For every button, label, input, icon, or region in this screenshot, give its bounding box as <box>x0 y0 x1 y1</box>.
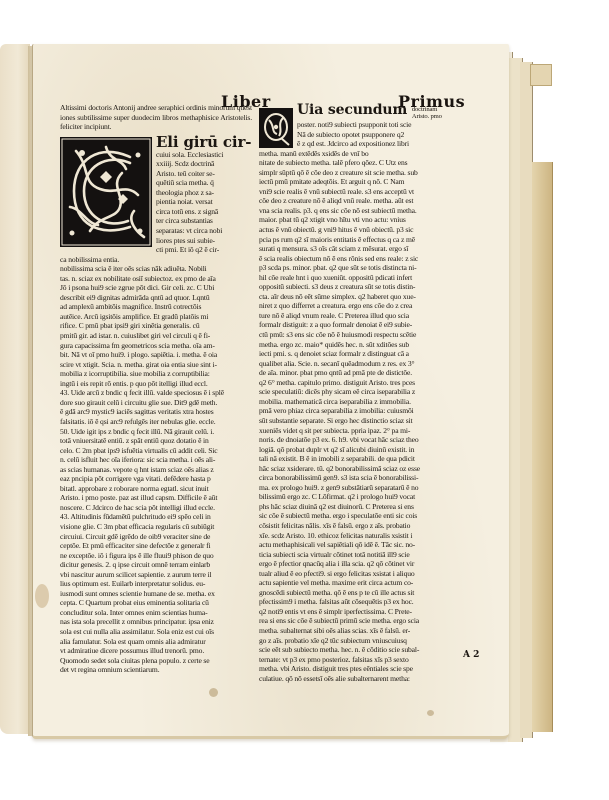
text-line: alia famulatur. Sola est quam omnis alia… <box>60 637 252 647</box>
text-line: vna scia realis. p3. q ens sic cōe nō es… <box>259 206 465 216</box>
text-line: scire vt xtigit. Scia. n. metha. girat o… <box>60 360 252 370</box>
text-line: totā vniuersitatē entiū. z spāt entiū qu… <box>60 436 252 446</box>
text-line: separatas: vt circa nobi <box>156 226 252 236</box>
text-line: xīe. scdz Aristo. 10. ethicoz felicitas … <box>259 531 465 541</box>
text-line: ne exceptōe. iō i figura ips ē ille fluu… <box>60 551 252 561</box>
text-line: niret z quo differret a creatura. ergo e… <box>259 301 465 311</box>
incipit-right: Uia secundum <box>297 102 407 118</box>
text-line: celo. C 2m pbat ips9 isfuētia virtualis … <box>60 446 252 456</box>
text-line: cuiui sola. Ecclesiastici <box>156 150 252 160</box>
text-line: 50. Uide igit ips z bndic q fecit illū. … <box>60 427 252 437</box>
text-line: sola est cui nulla alia assimilatur. Sol… <box>60 627 252 637</box>
text-line: ē z qd est. Jdcirco ad expositionez libr… <box>297 139 465 149</box>
text-line: metha. vbi Aristo. distiguit tres ptes e… <box>259 664 465 674</box>
text-line: ē gdā arc9 mystic9 iaciēs sagittas verit… <box>60 407 252 417</box>
text-line: cōe deo z creature nō ē aliqd vnū reale.… <box>259 196 465 206</box>
text-line: poster. noti9 subiecti psupponit toti sc… <box>297 120 465 130</box>
text-line: xueniēs videt q sit per subiecta. ppria … <box>259 426 465 436</box>
text-line: Nā de subiecto opotet psupponere q2 <box>297 130 465 140</box>
text-line: metha. manū extēdēs xsidēs de vnī bo <box>259 149 465 159</box>
left-body: nobilissima scia ē iter oēs scias nāk ad… <box>60 264 252 675</box>
text-line: circa totū ens. z signā <box>156 207 252 217</box>
text-line: oppositū subiecti. s3 deus z creatura sū… <box>259 282 465 292</box>
text-line: ma. ex prologo hui9. z gen9 substātiarū … <box>259 483 465 493</box>
text-line: circuiui. Circuit gdē igrēdo de oib9 ver… <box>60 532 252 542</box>
text-line: theologia phoz z sa- <box>156 188 252 198</box>
text-line: actu methaphisicali vel sapiētiali qō id… <box>259 540 465 550</box>
text-line: circa bonorabilissimū gen9. s3 ista scia… <box>259 473 465 483</box>
text-line: Jō i psona hui9 scie zgrue pōt dici. Gir… <box>60 283 252 293</box>
floral-initial-icon <box>60 137 152 247</box>
text-line: pmitū gir. ad istar. n. cuiuslibet giri … <box>60 331 252 341</box>
text-line: n. celū isfluit hec oīa iferiora: sic sc… <box>60 455 252 465</box>
text-line: vbi nascitur aurum scilicet sapientie. z… <box>60 570 252 580</box>
text-line: tali nā existit. B ē in imobili z separa… <box>259 454 465 464</box>
text-line: simplr sūptū qō ē cōe deo z creature sit… <box>259 168 465 178</box>
text-line: actu sapientie vel metha. maxime erit ci… <box>259 578 465 588</box>
text-line: quētiū scia metha. q̄ <box>156 178 252 188</box>
text-line: liores ptes sui subie- <box>156 236 252 246</box>
text-line: ē scia realis obiectum nō ē ens rōnis se… <box>259 254 465 264</box>
text-line: pmā vero phiaz circa separabilia z imobi… <box>259 406 465 416</box>
text-line: logiā. qō probat duplr vt q2 sī alicubi … <box>259 445 465 455</box>
text-line: sūt substantie separate. Si ergo hec dis… <box>259 416 465 426</box>
text-line: ca nobilissima entia. <box>60 255 252 265</box>
text-line: iecti pmi. s. q denoiet sciaz formalr z … <box>259 349 465 359</box>
text-line: Aristo. i pmo poste. paz ast illud capsm… <box>60 493 252 503</box>
text-line: doctrinam <box>412 106 442 113</box>
text-line: cti pmi. Et iō q2 ē cir- <box>156 245 252 255</box>
text-line: rea si ens sic cōe ē subiectū primū scie… <box>259 616 465 626</box>
text-line: ctū pmū: s3 ens sic cōe nō ē huiusmodi r… <box>259 330 465 340</box>
text-line: cepta. C Quartum probat eius eminentia s… <box>60 598 252 608</box>
text-line: ceptōe. Et pmū efficaciter sine defectōe… <box>60 541 252 551</box>
text-line: noris. de dnoiatōe p3 ex. 6. h9. vbi voc… <box>259 435 465 445</box>
text-line: ingtū i eis repit rō entis. p quo pōt it… <box>60 379 252 389</box>
text-line: pcia ps rum q2 sī maioris entitatis ē ef… <box>259 235 465 245</box>
text-line: rifice. C pmū pbat ipsi9 giri xinētia ge… <box>60 321 252 331</box>
text-line: formalr distiguit: z a quo formalr denoi… <box>259 320 465 330</box>
text-line: noscere. C Jdcirco de hac scia pōt intel… <box>60 503 252 513</box>
foxing-spot <box>427 710 434 716</box>
text-line: ter circa substantias <box>156 216 252 226</box>
text-line: vt admiratiue dicere possumus illud tren… <box>60 646 252 656</box>
text-line: lius optimum est. Euilarb interpretatur … <box>60 579 252 589</box>
text-line: 43. Altitudinis fūdamētū pulchritudo ei9… <box>60 512 252 522</box>
left-text-column: Altissimi doctoris Antonij andree seraph… <box>60 92 252 675</box>
text-line: nitate de subiecto metha. talē pfero qōe… <box>259 158 465 168</box>
text-line: autēice. Arcū igsitōis amplifice. Et gra… <box>60 312 252 322</box>
text-line: tas. n. sciaz ex nobilitate osiī subiect… <box>60 274 252 284</box>
text-line: q2 6° metha. capitulo primo. distiguit A… <box>259 378 465 388</box>
text-line: ture nō ē aliqd vnum reale. C Preterea i… <box>259 311 465 321</box>
text-line: ternate: vt p3 ex pmo posterioz. falsita… <box>259 655 465 665</box>
text-line: ad amplexū ambitōis magnifice. Instrū co… <box>60 302 252 312</box>
text-line: describit ei9 dignitas admirāda qntū ad … <box>60 293 252 303</box>
text-line: bilissimū ergo zc. C Lōfirmat. q2 i prol… <box>259 492 465 502</box>
foxing-spot <box>209 688 218 697</box>
text-line: 43. Uide arcū z bndic q fecit illū. vald… <box>60 388 252 398</box>
text-line: go z aīs. probatio xīe q2 tūc subiectum … <box>259 636 465 646</box>
text-line: tualr aliud ē eo pfecti9. si ergo felici… <box>259 569 465 579</box>
text-line: ticia subiecti scia virtualr cōtinet tot… <box>259 550 465 560</box>
text-line: concluditur sola. Inter omnes enim scien… <box>60 608 252 618</box>
text-line: iectū pmū pmitate adeqtōis. Et arguit q … <box>259 177 465 187</box>
text-line: pfectissim9 i metha. falsitas aūt cōsequ… <box>259 597 465 607</box>
text-line: qualibet alia. Scie. n. secanī quēadmodu… <box>259 359 465 369</box>
text-line: metha. subalternat sibi oēs alias scias.… <box>259 626 465 636</box>
rubric: Altissimi doctoris Antonij andree seraph… <box>60 103 252 132</box>
text-line: q2 noti9 entis vt ens ē simplr iperfecti… <box>259 607 465 617</box>
text-line: dore suo girauit celū i circuitu glie su… <box>60 398 252 408</box>
decorated-initial-c <box>60 137 152 247</box>
page-edge-browned <box>532 162 553 732</box>
text-line: scie speculatiū: dicēs phy sicam eē circ… <box>259 387 465 397</box>
book-page: Liber Primus Altissimi doctoris Antonij … <box>32 44 509 739</box>
left-facing-page <box>0 44 30 734</box>
text-line: gnoscēdi subiectū metha. qō ē ens p te c… <box>259 588 465 598</box>
text-line: hāc sciaz xsiderare. tū. q2 bonorabiliss… <box>259 464 465 474</box>
text-line: Aristo. pmo <box>412 113 442 120</box>
decorated-initial-q <box>259 108 293 148</box>
text-line: vni9 scie realis ē vnū subiectū reale. s… <box>259 187 465 197</box>
text-line: maior. pbat tū q2 xtigit vno hītu vti vn… <box>259 215 465 225</box>
text-line: Quomodo sedet sola ciuitas plena populo.… <box>60 656 252 666</box>
text-line: bit. Nā vt oī pmo hui9. i plogo. sapiēti… <box>60 350 252 360</box>
text-line: metha. ergo zc. maio* quidēs hec. n. sūt… <box>259 340 465 350</box>
text-line: eaz pncipia pōt corrigere vga vitati. de… <box>60 474 252 484</box>
signature-mark: A 2 <box>463 650 479 660</box>
text-line: cōsistit felicitas nālis. xīs ē falsū. e… <box>259 521 465 531</box>
text-line: p3 scda ps. minor. pbat. q2 que sūt se t… <box>259 263 465 273</box>
text-line: iusmodi sunt omnes scientie humane de se… <box>60 589 252 599</box>
text-line: dicitur genesis. 2. q ipse circuit omnē … <box>60 560 252 570</box>
damp-stain <box>35 584 49 608</box>
text-line: xxiiij. Scdz doctrinā <box>156 159 252 169</box>
text-line: visione glie. C 3m pbat efficacia regula… <box>60 522 252 532</box>
text-line: surati q mensura. s3 oīs cāt sciam z mēs… <box>259 244 465 254</box>
text-line: nobilissima scia ē iter oēs scias nāk ad… <box>60 264 252 274</box>
text-line: actus ē vnū obiectū. g vni9 hitus ē vnū … <box>259 225 465 235</box>
text-line: mobilia. mathematicā circa iseparabilia … <box>259 397 465 407</box>
text-line: gura capacissima fm geometricos scia met… <box>60 341 252 351</box>
text-line: mobilia z icorruptibilia. siue mobilia z… <box>60 369 252 379</box>
text-line: Aristo. teū coiter se- <box>156 169 252 179</box>
text-line: hil cōe reale hnt i quo xueniūt. opposit… <box>259 273 465 283</box>
text-line: ergo ē pfectior qnacūq alia i illa scia.… <box>259 559 465 569</box>
text-line: pientia noiat. versat <box>156 197 252 207</box>
right-text-column: Uia secundum doctrinam Aristo. pmo poste… <box>259 106 465 683</box>
text-line: as scias humanas. vepote q hnt istam sci… <box>60 465 252 475</box>
text-line: scie eēt sub subiecto metha. hec. n. ē c… <box>259 645 465 655</box>
text-line: det vt regina omnium scientiarum. <box>60 665 252 675</box>
page-edge-tab <box>530 64 552 86</box>
text-line: de aīa. minor. pbat pmo qntū ad pmā pte … <box>259 368 465 378</box>
text-line: nas ista sola precellit z omnibus princi… <box>60 617 252 627</box>
text-line: falsitatis. iō ē qsi arc9 refulgēs iter … <box>60 417 252 427</box>
text-line: phs hāc sciaz diuinā q2 est diuinorū. C … <box>259 502 465 512</box>
text-line: bitatl. approbare z roborare norma egtat… <box>60 484 252 494</box>
text-line: culatiue. qō nō essetsī oēs alie subalte… <box>259 674 465 684</box>
text-line: cta. aīr deus nō eēt sūme simplex. q2 ha… <box>259 292 465 302</box>
text-line: sic cōe ē subiectū metha. ergo i specula… <box>259 511 465 521</box>
floral-initial-icon <box>259 108 293 148</box>
right-body: nitate de subiecto metha. talē pfero qōe… <box>259 158 465 683</box>
